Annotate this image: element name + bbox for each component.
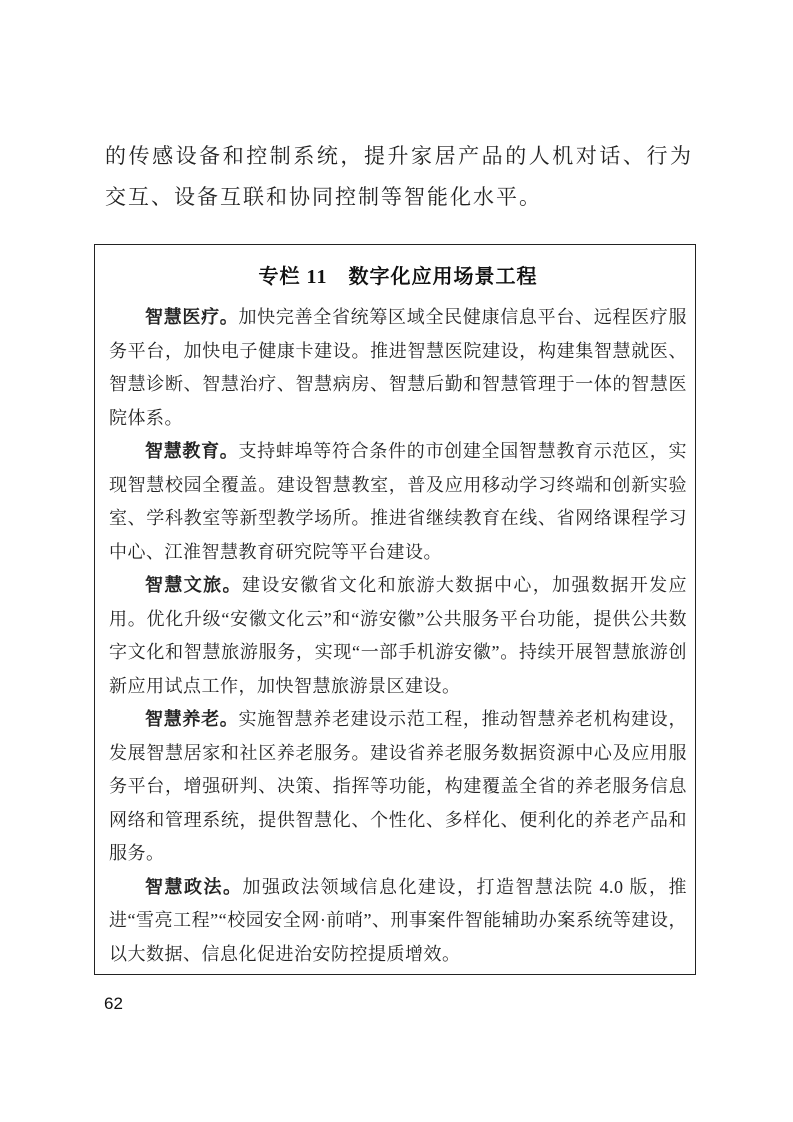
box-paragraph-smart-eldercare: 智慧养老。实施智慧养老建设示范工程，推动智慧养老机构建设，发展智慧居家和社区养老… bbox=[109, 703, 687, 871]
column-box-body: 智慧医疗。加快完善全省统筹区域全民健康信息平台、远程医疗服务平台，加快电子健康卡… bbox=[109, 301, 687, 971]
paragraph-lead: 智慧教育。 bbox=[145, 441, 238, 461]
box-paragraph-smart-education: 智慧教育。支持蚌埠等符合条件的市创建全国智慧教育示范区，实现智慧校园全覆盖。建设… bbox=[109, 435, 687, 569]
column-box-11: 专栏 11 数字化应用场景工程 智慧医疗。加快完善全省统筹区域全民健康信息平台、… bbox=[94, 244, 696, 975]
paragraph-text: 实施智慧养老建设示范工程，推动智慧养老机构建设，发展智慧居家和社区养老服务。建设… bbox=[109, 709, 687, 863]
paragraph-lead: 智慧政法。 bbox=[145, 877, 243, 897]
box-paragraph-smart-tourism: 智慧文旅。建设安徽省文化和旅游大数据中心，加强数据开发应用。优化升级“安徽文化云… bbox=[109, 569, 687, 703]
page-number: 62 bbox=[104, 994, 123, 1014]
box-paragraph-smart-healthcare: 智慧医疗。加快完善全省统筹区域全民健康信息平台、远程医疗服务平台，加快电子健康卡… bbox=[109, 301, 687, 435]
paragraph-lead: 智慧文旅。 bbox=[145, 575, 242, 595]
document-page: 的传感设备和控制系统，提升家居产品的人机对话、行为交互、设备互联和协同控制等智能… bbox=[0, 0, 793, 1122]
paragraph-lead: 智慧医疗。 bbox=[145, 307, 238, 327]
box-paragraph-smart-law: 智慧政法。加强政法领域信息化建设，打造智慧法院 4.0 版，推进“雪亮工程”“校… bbox=[109, 871, 687, 972]
intro-paragraph: 的传感设备和控制系统，提升家居产品的人机对话、行为交互、设备互联和协同控制等智能… bbox=[105, 136, 693, 218]
column-box-title: 专栏 11 数字化应用场景工程 bbox=[109, 260, 687, 289]
paragraph-lead: 智慧养老。 bbox=[145, 709, 238, 729]
